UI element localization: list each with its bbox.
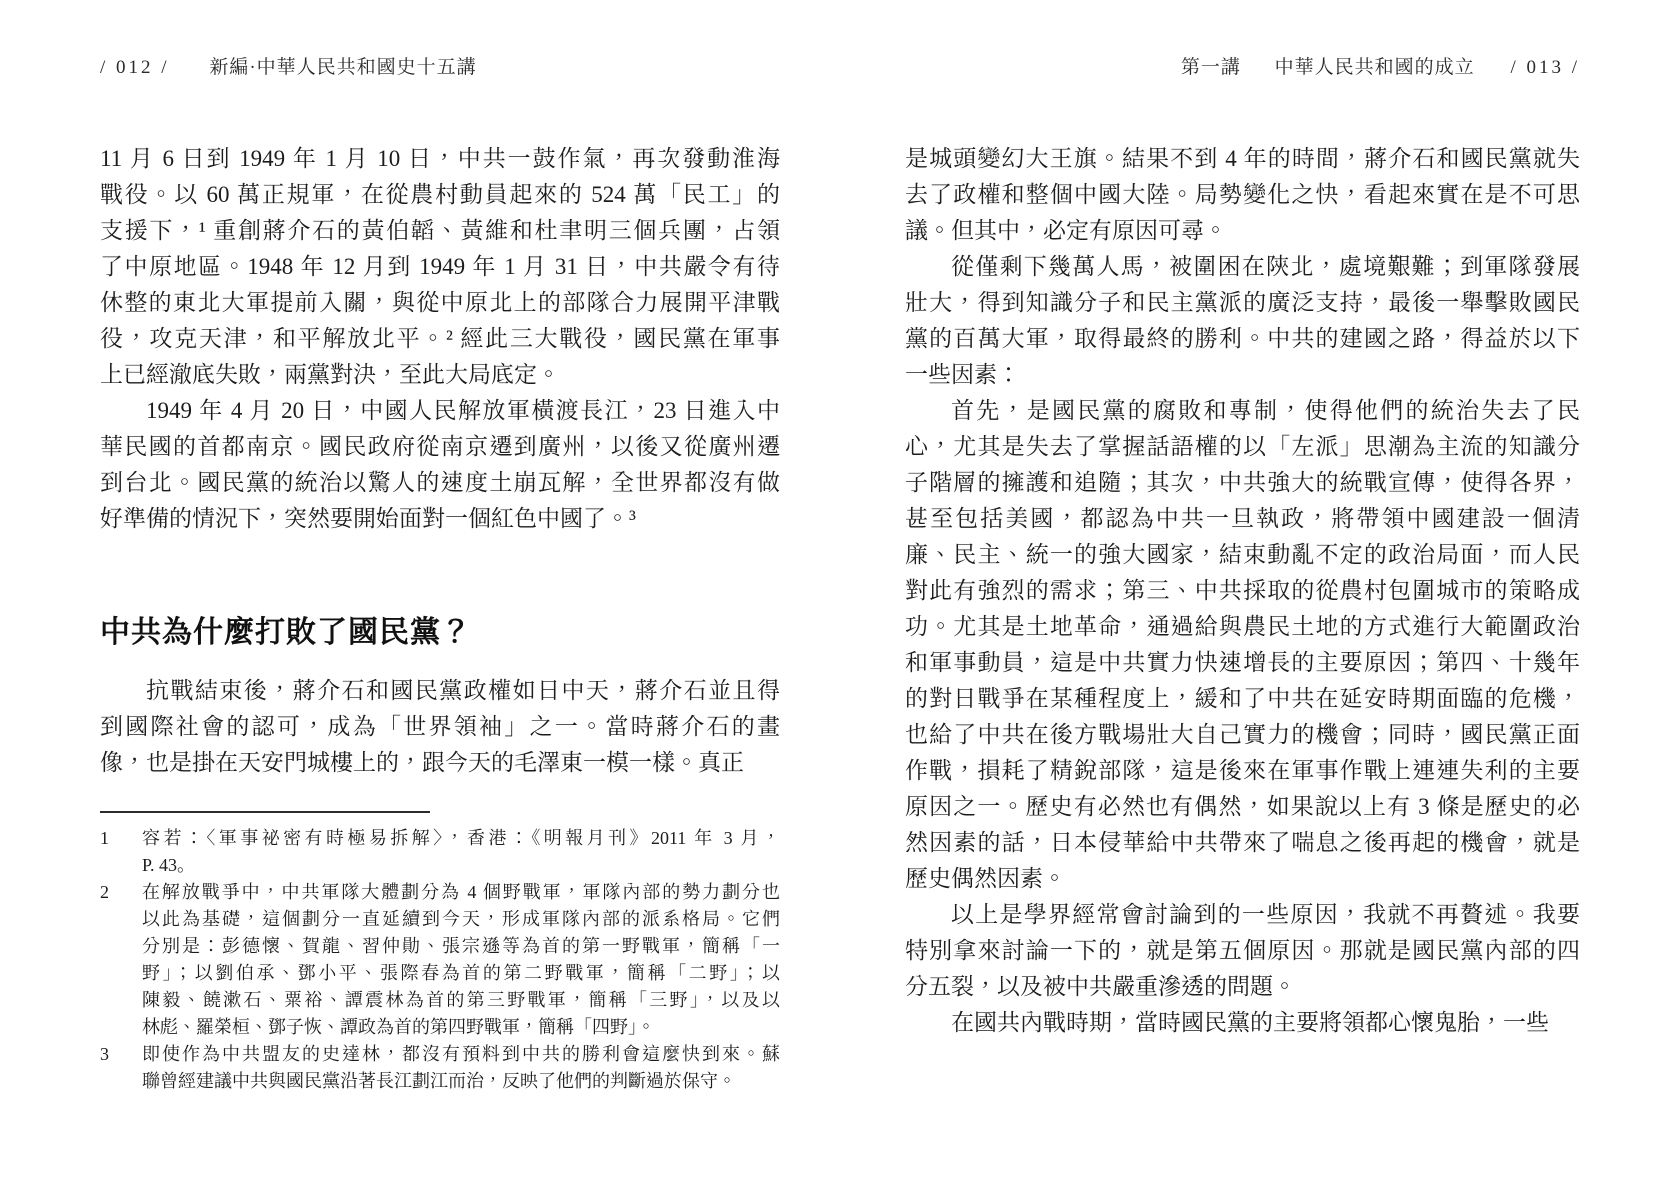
right-margin — [1580, 0, 1678, 1191]
page-gutter — [780, 0, 905, 1191]
footnote-line: 野」；以劉伯承、鄧小平、張際春為首的第二野戰軍，簡稱「二野」；以 — [142, 960, 780, 987]
footnote-text: 在解放戰爭中，中共軍隊大體劃分為 4 個野戰軍，軍隊內部的勢力劃分也以此為基礎，… — [142, 879, 780, 1041]
text-line: 首先，是國民黨的腐敗和專制，使得他們的統治失去了民 — [905, 393, 1580, 429]
book-spread: / 012 / 新編·中華人民共和國史十五講 11 月 6 日到 1949 年 … — [0, 0, 1678, 1191]
paragraph: 在國共內戰時期，當時國民黨的主要將領都心懷鬼胎，一些 — [905, 1005, 1580, 1041]
text-line: 功。尤其是土地革命，通過給與農民土地的方式進行大範圍政治 — [905, 609, 1580, 645]
text-line: 役，攻克天津，和平解放北平。² 經此三大戰役，國民黨在軍事 — [100, 321, 780, 357]
text-line: 上已經澈底失敗，兩黨對決，至此大局底定。 — [100, 357, 780, 393]
text-line: 也給了中共在後方戰場壯大自己實力的機會；同時，國民黨正面 — [905, 717, 1580, 753]
footnote: 1容若：〈軍事祕密有時極易拆解〉，香港：《明報月刊》2011 年 3 月，P. … — [100, 825, 780, 879]
footnote-line: 即使作為中共盟友的史達林，都沒有預料到中共的勝利會這麼快到來。蘇 — [142, 1041, 780, 1068]
text-line: 對此有強烈的需求；第三、中共採取的從農村包圍城市的策略成 — [905, 573, 1580, 609]
left-body-text: 11 月 6 日到 1949 年 1 月 10 日，中共一鼓作氣，再次發動淮海戰… — [100, 141, 780, 1095]
text-line: 去了政權和整個中國大陸。局勢變化之快，看起來實在是不可思 — [905, 177, 1580, 213]
text-line: 的對日戰爭在某種程度上，緩和了中共在延安時期面臨的危機， — [905, 681, 1580, 717]
text-line: 支援下，¹ 重創蔣介石的黃伯韜、黃維和杜聿明三個兵團，占領 — [100, 213, 780, 249]
footnote-separator-rule — [100, 811, 430, 813]
left-page-number: / 012 / — [100, 57, 170, 78]
left-paragraphs-before-heading: 11 月 6 日到 1949 年 1 月 10 日，中共一鼓作氣，再次發動淮海戰… — [100, 141, 780, 537]
text-line: 像，也是掛在天安門城樓上的，跟今天的毛澤東一模一樣。真正 — [100, 745, 780, 781]
text-line: 甚至包括美國，都認為中共一旦執政，將帶領中國建設一個清 — [905, 501, 1580, 537]
footnote: 3即使作為中共盟友的史達林，都沒有預料到中共的勝利會這麼快到來。蘇聯曾經建議中共… — [100, 1041, 780, 1095]
paragraph: 從僅剩下幾萬人馬，被圍困在陝北，處境艱難；到軍隊發展壯大，得到知識分子和民主黨派… — [905, 249, 1580, 393]
text-line: 到台北。國民黨的統治以驚人的速度土崩瓦解，全世界都沒有做 — [100, 465, 780, 501]
footnote-number: 2 — [100, 879, 142, 1041]
text-line: 休整的東北大軍提前入關，與從中原北上的部隊合力展開平津戰 — [100, 285, 780, 321]
paragraph: 是城頭變幻大王旗。結果不到 4 年的時間，蔣介石和國民黨就失去了政權和整個中國大… — [905, 141, 1580, 249]
footnote-line: 分別是：彭德懷、賀龍、習仲勛、張宗遜等為首的第一野戰軍，簡稱「一 — [142, 933, 780, 960]
paragraph: 首先，是國民黨的腐敗和專制，使得他們的統治失去了民心，尤其是失去了掌握話語權的以… — [905, 393, 1580, 897]
footnote-text: 即使作為中共盟友的史達林，都沒有預料到中共的勝利會這麼快到來。蘇聯曾經建議中共與… — [142, 1041, 780, 1095]
section-heading: 中共為什麼打敗了國民黨？ — [100, 607, 780, 651]
right-paragraphs: 是城頭變幻大王旗。結果不到 4 年的時間，蔣介石和國民黨就失去了政權和整個中國大… — [905, 141, 1580, 1041]
book-title: 新編·中華人民共和國史十五講 — [209, 57, 476, 78]
text-line: 歷史偶然因素。 — [905, 861, 1580, 897]
text-line: 心，尤其是失去了掌握話語權的以「左派」思潮為主流的知識分 — [905, 429, 1580, 465]
paragraph: 抗戰結束後，蔣介石和國民黨政權如日中天，蔣介石並且得到國際社會的認可，成為「世界… — [100, 673, 780, 781]
text-line: 一些因素： — [905, 357, 1580, 393]
text-line: 從僅剩下幾萬人馬，被圍困在陝北，處境艱難；到軍隊發展 — [905, 249, 1580, 285]
chapter-label: 第一講 — [1181, 57, 1241, 78]
text-line: 議。但其中，必定有原因可尋。 — [905, 213, 1580, 249]
paragraph: 11 月 6 日到 1949 年 1 月 10 日，中共一鼓作氣，再次發動淮海戰… — [100, 141, 780, 393]
footnote-line: 容若：〈軍事祕密有時極易拆解〉，香港：《明報月刊》2011 年 3 月， — [142, 825, 780, 852]
text-line: 華民國的首都南京。國民政府從南京遷到廣州，以後又從廣州遷 — [100, 429, 780, 465]
text-line: 到國際社會的認可，成為「世界領袖」之一。當時蔣介石的畫 — [100, 709, 780, 745]
text-line: 好準備的情況下，突然要開始面對一個紅色中國了。³ — [100, 501, 780, 537]
text-line: 抗戰結束後，蔣介石和國民黨政權如日中天，蔣介石並且得 — [100, 673, 780, 709]
left-running-head: / 012 / 新編·中華人民共和國史十五講 — [100, 52, 780, 79]
footnote-line: 在解放戰爭中，中共軍隊大體劃分為 4 個野戰軍，軍隊內部的勢力劃分也 — [142, 879, 780, 906]
right-page-number: / 013 / — [1510, 57, 1580, 78]
footnote-text: 容若：〈軍事祕密有時極易拆解〉，香港：《明報月刊》2011 年 3 月，P. 4… — [142, 825, 780, 879]
text-line: 作戰，損耗了精銳部隊，這是後來在軍事作戰上連連失利的主要 — [905, 753, 1580, 789]
text-line: 特別拿來討論一下的，就是第五個原因。那就是國民黨內部的四 — [905, 933, 1580, 969]
text-line: 和軍事動員，這是中共實力快速增長的主要原因；第四、十幾年 — [905, 645, 1580, 681]
right-page: 第一講 中華人民共和國的成立 / 013 / 是城頭變幻大王旗。結果不到 4 年… — [905, 0, 1580, 1191]
text-line: 是城頭變幻大王旗。結果不到 4 年的時間，蔣介石和國民黨就失 — [905, 141, 1580, 177]
footnote: 2在解放戰爭中，中共軍隊大體劃分為 4 個野戰軍，軍隊內部的勢力劃分也以此為基礎… — [100, 879, 780, 1041]
text-line: 在國共內戰時期，當時國民黨的主要將領都心懷鬼胎，一些 — [905, 1005, 1580, 1041]
text-line: 然因素的話，日本侵華給中共帶來了喘息之後再起的機會，就是 — [905, 825, 1580, 861]
footnote-number: 1 — [100, 825, 142, 879]
footnote-line: 聯曾經建議中共與國民黨沿著長江劃江而治，反映了他們的判斷過於保守。 — [142, 1068, 780, 1095]
footnotes-section: 1容若：〈軍事祕密有時極易拆解〉，香港：《明報月刊》2011 年 3 月，P. … — [100, 825, 780, 1095]
right-running-head: 第一講 中華人民共和國的成立 / 013 / — [905, 52, 1580, 79]
paragraph: 1949 年 4 月 20 日，中國人民解放軍橫渡長江，23 日進入中華民國的首… — [100, 393, 780, 537]
text-line: 分五裂，以及被中共嚴重滲透的問題。 — [905, 969, 1580, 1005]
text-line: 11 月 6 日到 1949 年 1 月 10 日，中共一鼓作氣，再次發動淮海 — [100, 141, 780, 177]
right-body-text: 是城頭變幻大王旗。結果不到 4 年的時間，蔣介石和國民黨就失去了政權和整個中國大… — [905, 141, 1580, 1041]
chapter-title: 中華人民共和國的成立 — [1275, 57, 1475, 78]
text-line: 廉、民主、統一的強大國家，結束動亂不定的政治局面，而人民 — [905, 537, 1580, 573]
text-line: 1949 年 4 月 20 日，中國人民解放軍橫渡長江，23 日進入中 — [100, 393, 780, 429]
text-line: 壯大，得到知識分子和民主黨派的廣泛支持，最後一舉擊敗國民 — [905, 285, 1580, 321]
text-line: 戰役。以 60 萬正規軍，在從農村動員起來的 524 萬「民工」的 — [100, 177, 780, 213]
footnote-line: 以此為基礎，這個劃分一直延續到今天，形成軍隊內部的派系格局。它們 — [142, 906, 780, 933]
paragraph: 以上是學界經常會討論到的一些原因，我就不再贅述。我要特別拿來討論一下的，就是第五… — [905, 897, 1580, 1005]
text-line: 原因之一。歷史有必然也有偶然，如果說以上有 3 條是歷史的必 — [905, 789, 1580, 825]
left-paragraphs-after-heading: 抗戰結束後，蔣介石和國民黨政權如日中天，蔣介石並且得到國際社會的認可，成為「世界… — [100, 673, 780, 781]
text-line: 了中原地區。1948 年 12 月到 1949 年 1 月 31 日，中共嚴令有… — [100, 249, 780, 285]
footnote-number: 3 — [100, 1041, 142, 1095]
footnote-line: 林彪、羅榮桓、鄧子恢、譚政為首的第四野戰軍，簡稱「四野」。 — [142, 1014, 780, 1041]
text-line: 黨的百萬大軍，取得最終的勝利。中共的建國之路，得益於以下 — [905, 321, 1580, 357]
footnote-line: 陳毅、饒漱石、粟裕、譚震林為首的第三野戰軍，簡稱「三野」，以及以 — [142, 987, 780, 1014]
footnote-line: P. 43。 — [142, 852, 780, 879]
left-page: / 012 / 新編·中華人民共和國史十五講 11 月 6 日到 1949 年 … — [0, 0, 780, 1191]
text-line: 以上是學界經常會討論到的一些原因，我就不再贅述。我要 — [905, 897, 1580, 933]
text-line: 子階層的擁護和追隨；其次，中共強大的統戰宣傳，使得各界， — [905, 465, 1580, 501]
